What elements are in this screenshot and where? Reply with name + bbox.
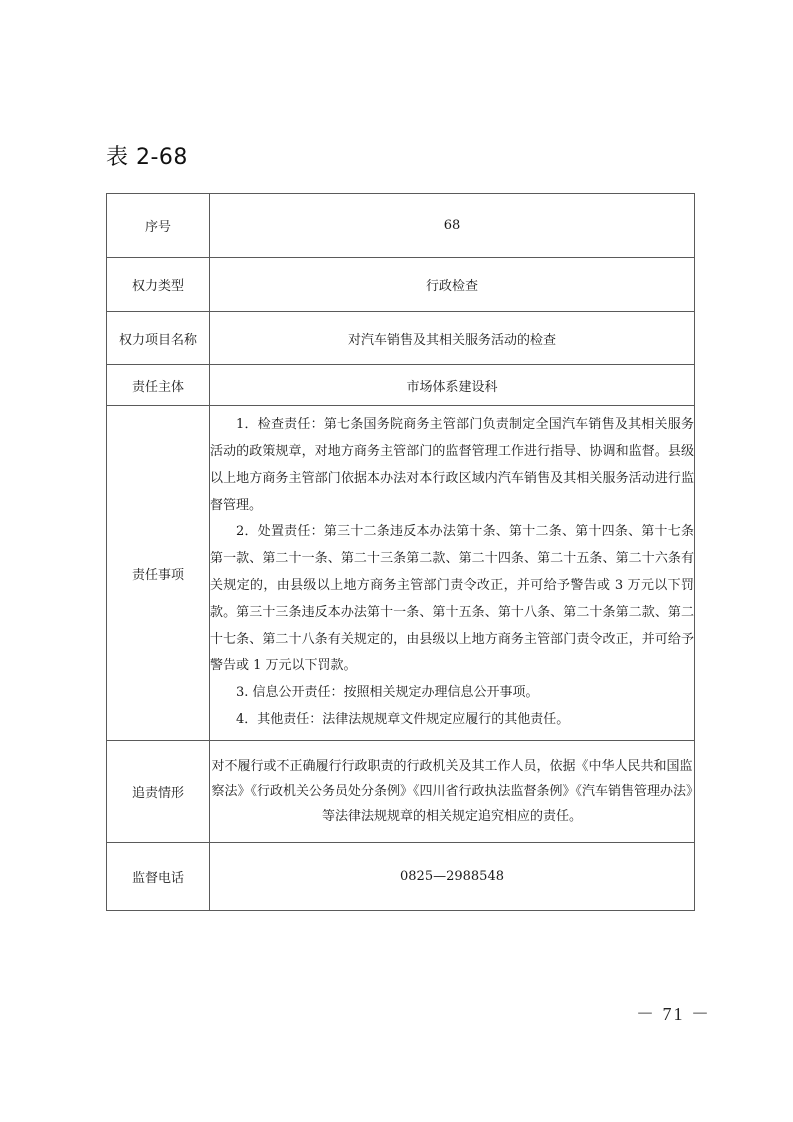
row-label: 监督电话 [107, 843, 210, 911]
supervision-phone: 0825—2988548 [210, 843, 695, 911]
row-value: 对汽车销售及其相关服务活动的检查 [210, 312, 695, 365]
row-label: 权力项目名称 [107, 312, 210, 365]
responsibilities-content: 1．检查责任：第七条国务院商务主管部门负责制定全国汽车销售及其相关服务活动的政策… [210, 406, 695, 741]
table-row-item-name: 权力项目名称 对汽车销售及其相关服务活动的检查 [107, 312, 695, 365]
row-value: 市场体系建设科 [210, 365, 695, 406]
row-value: 行政检查 [210, 258, 695, 312]
power-responsibility-table: 序号 68 权力类型 行政检查 权力项目名称 对汽车销售及其相关服务活动的检查 … [106, 193, 695, 911]
table-row-power-type: 权力类型 行政检查 [107, 258, 695, 312]
responsibility-other: 4．其他责任：法律法规规章文件规定应履行的其他责任。 [210, 707, 694, 734]
table-row-accountability: 追责情形 对不履行或不正确履行行政职责的行政机关及其工作人员，依据《中华人民共和… [107, 741, 695, 843]
table-row-responsible-body: 责任主体 市场体系建设科 [107, 365, 695, 406]
table-row-hotline: 监督电话 0825—2988548 [107, 843, 695, 911]
table-row-responsibilities: 责任事项 1．检查责任：第七条国务院商务主管部门负责制定全国汽车销售及其相关服务… [107, 406, 695, 741]
responsibility-disclosure: 3. 信息公开责任：按照相关规定办理信息公开事项。 [210, 680, 694, 707]
row-value: 68 [210, 194, 695, 258]
row-value: 对不履行或不正确履行行政职责的行政机关及其工作人员，依据《中华人民共和国监察法》… [210, 741, 695, 843]
row-label: 权力类型 [107, 258, 210, 312]
responsibility-handling: 2．处置责任：第三十二条违反本办法第十条、第十二条、第十四条、第十七条第一款、第… [210, 519, 694, 680]
page-number: － 71 － [636, 1000, 711, 1026]
row-label: 责任事项 [107, 406, 210, 741]
row-label: 序号 [107, 194, 210, 258]
table-caption: 表 2-68 [106, 140, 188, 171]
responsibility-inspection: 1．检查责任：第七条国务院商务主管部门负责制定全国汽车销售及其相关服务活动的政策… [210, 412, 694, 519]
table-row-serial: 序号 68 [107, 194, 695, 258]
row-label: 追责情形 [107, 741, 210, 843]
row-label: 责任主体 [107, 365, 210, 406]
